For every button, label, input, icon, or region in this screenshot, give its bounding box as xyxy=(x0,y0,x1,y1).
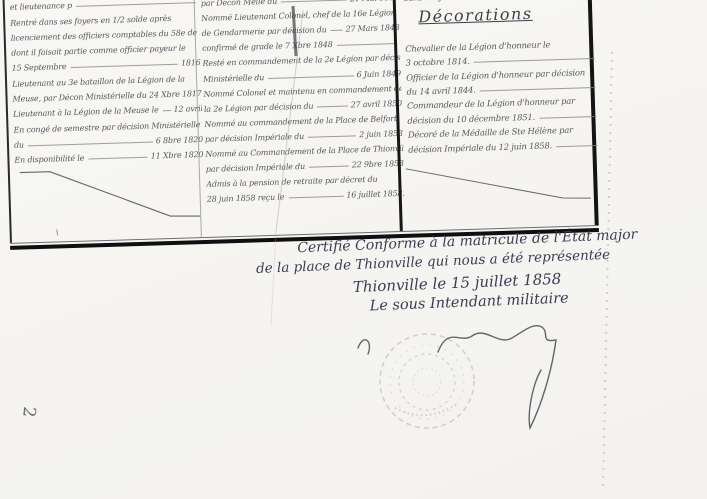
official-stamp-icon xyxy=(380,334,474,428)
record-date: 16 juillet 1858. xyxy=(346,189,404,200)
decorations-heading: Décorations xyxy=(418,2,597,31)
signature-stroke xyxy=(358,326,556,428)
record-text: Ministérielle du xyxy=(203,73,264,84)
record-text: 3 octobre 1814. xyxy=(406,56,470,68)
dash-filler xyxy=(88,157,148,160)
record-date: 27 avril 1850 xyxy=(351,99,403,110)
dash-filler xyxy=(281,0,347,3)
certification-block: Certifié Conforme à la matricule de l'Ét… xyxy=(255,227,628,323)
record-text: 28 juin 1858 reçu le xyxy=(207,193,285,204)
service-column-early: et lieutenance p Rentré dans ses foyers … xyxy=(4,0,210,243)
record-date: 11 Xbre 1820 xyxy=(151,150,204,161)
record-text: et lieutenance p xyxy=(10,1,72,12)
decorations-column: dans les journées des 13 et 14 avril 184… xyxy=(395,0,609,231)
record-text: En disponibilité le xyxy=(14,154,84,165)
margin-annotation: 2 xyxy=(9,405,39,432)
service-record-table: et lieutenance p Rentré dans ses foyers … xyxy=(2,0,598,243)
record-text: du xyxy=(14,140,24,149)
record-text: du 14 avril 1844. xyxy=(406,85,475,97)
record-date: 22 9bre 1853 xyxy=(352,159,404,170)
dash-filler xyxy=(337,43,397,46)
record-text: dans les journées des 13 et 14 avril 184… xyxy=(404,0,573,3)
record-text: décision Impériale du 12 juin 1858. xyxy=(408,140,552,154)
service-column-middle: par Décon Melle du21 Mai 1842 Nommé Lieu… xyxy=(194,0,411,237)
dash-filler xyxy=(309,166,349,168)
dash-filler xyxy=(556,144,597,146)
dash-filler xyxy=(163,110,171,111)
record-date: 6 8bre 1820 xyxy=(156,135,203,145)
dash-filler xyxy=(308,135,356,137)
dash-filler xyxy=(317,105,347,107)
dash-filler xyxy=(539,116,596,119)
record-date: 27 Mars 1848 xyxy=(345,23,399,34)
scanned-register-page: { "register": { "col1": { "lines": [ {"t… xyxy=(0,0,707,499)
dash-filler xyxy=(331,30,343,31)
record-text: 15 Septembre xyxy=(12,63,67,74)
dash-filler xyxy=(268,75,353,79)
dash-filler xyxy=(288,196,343,199)
